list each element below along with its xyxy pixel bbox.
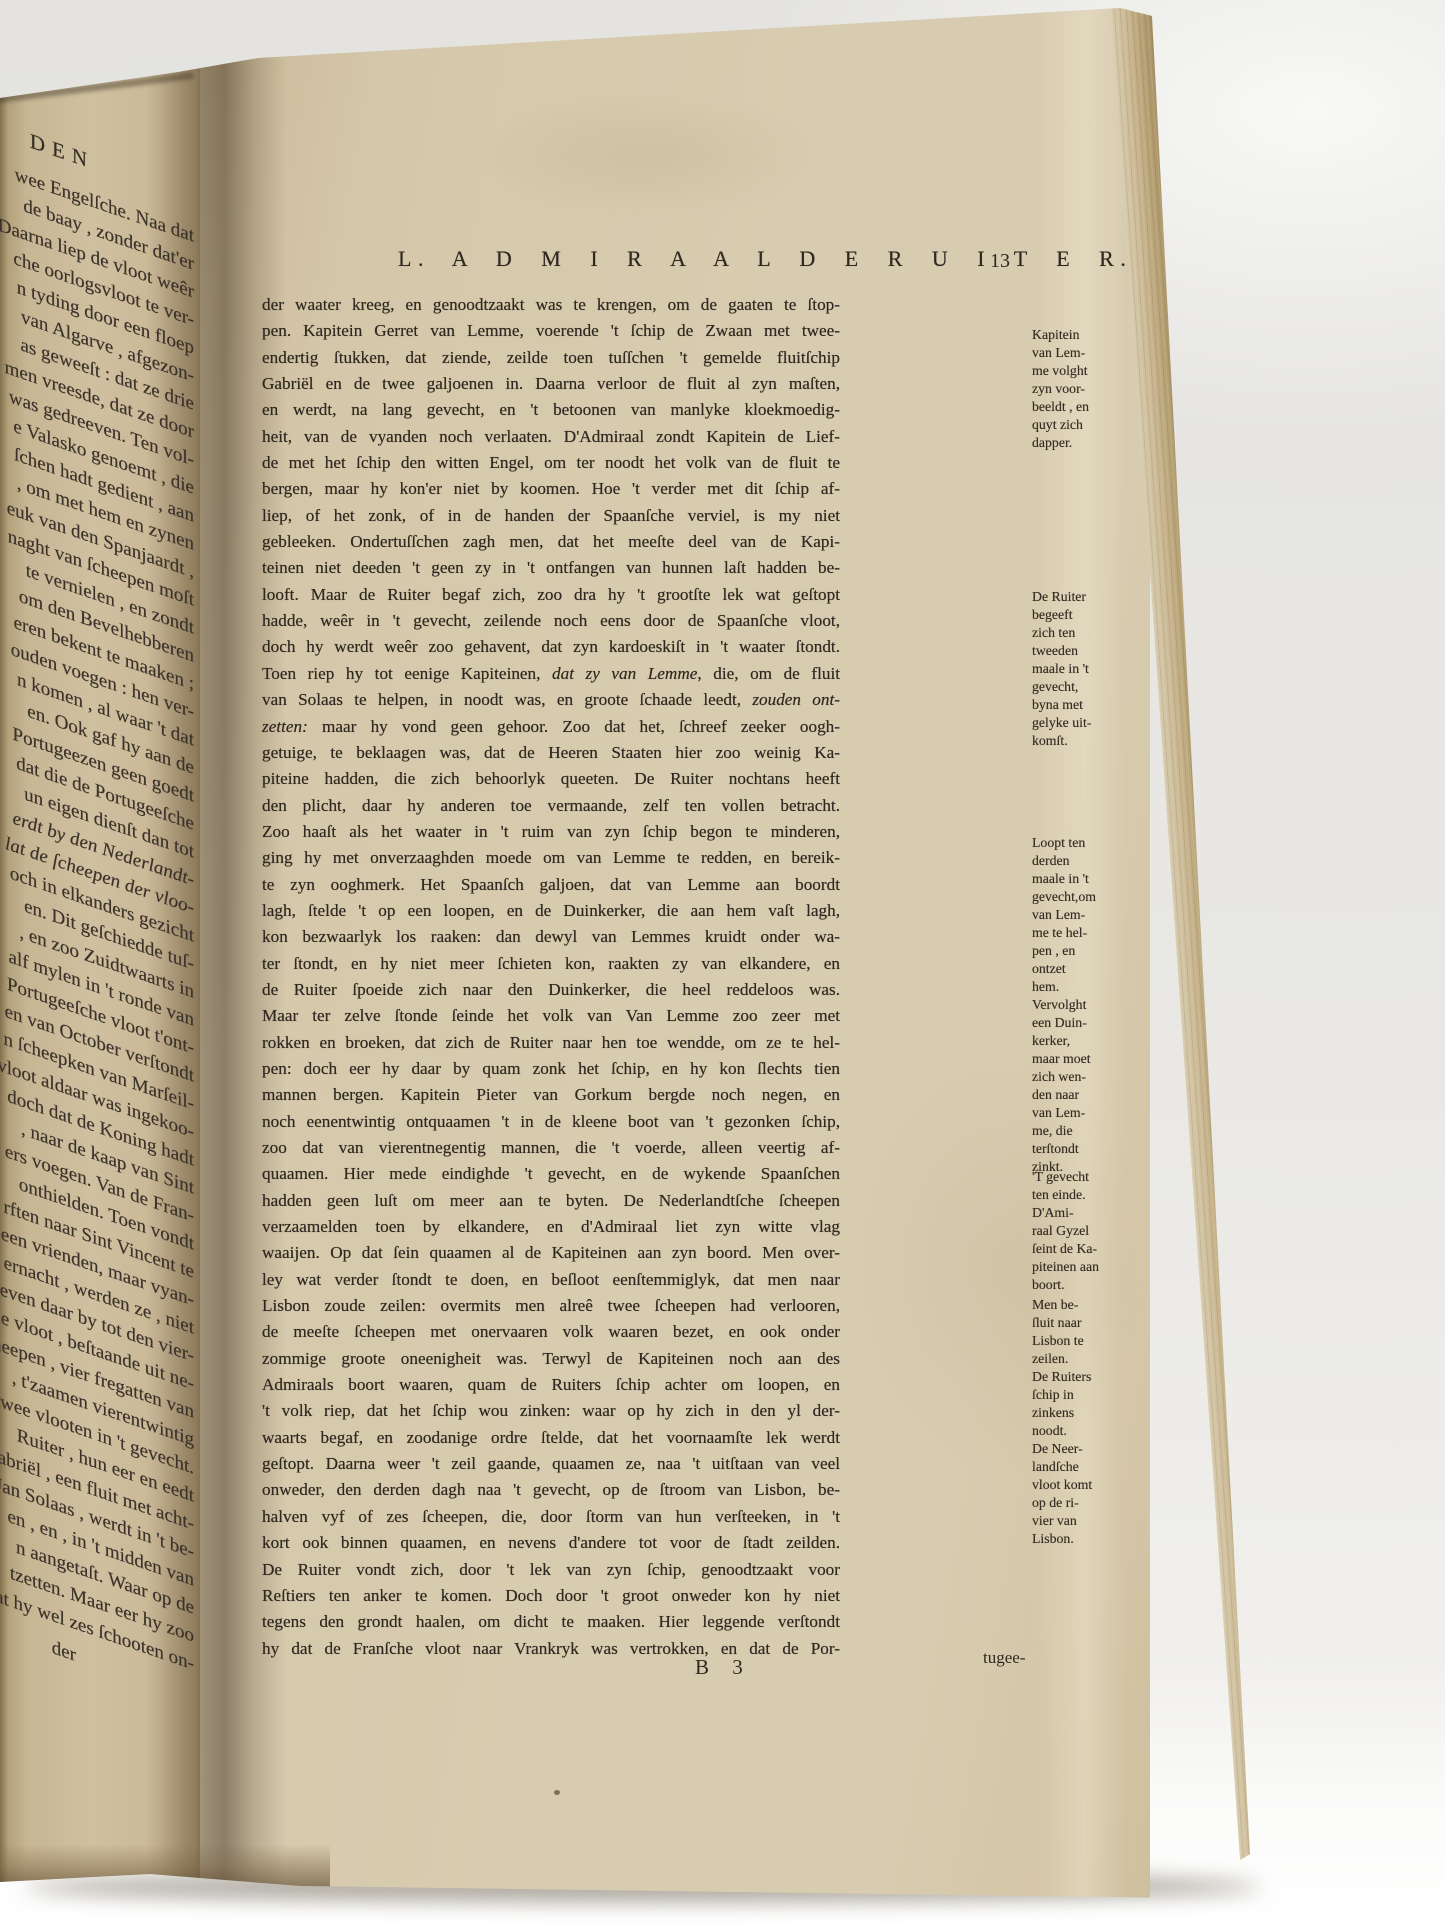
margin-note-line: D'Ami- (1032, 1204, 1099, 1222)
body-line: de Ruiter ſpoeide zich naar den Duinkerk… (262, 977, 840, 1003)
body-line: getuige, te beklaagen was, dat de Heeren… (262, 740, 840, 766)
body-line-segment: Toen riep hy tot eenige Kapiteinen, (262, 664, 552, 683)
body-line-segment: de met het ſchip den witten Engel, om te… (262, 453, 840, 472)
body-line-segment: hadden geen luſt om meer aan te byten. D… (262, 1191, 840, 1210)
margin-note-line: zich wen- (1032, 1068, 1091, 1086)
margin-note-line: maar moet (1032, 1050, 1091, 1068)
margin-note: 'T gevechtten einde. (1032, 1168, 1089, 1204)
margin-note: De Ruiterbegeeftzich tentweedenmaale in … (1032, 588, 1091, 750)
body-line: en werdt, na lang gevecht, en 't betoone… (262, 397, 840, 423)
body-line: mannen bergen. Kapitein Pieter van Gorku… (262, 1082, 840, 1108)
margin-note-line: begeeft (1032, 606, 1091, 624)
body-line: ter ſtondt, en hy niet meer ſchieten kon… (262, 951, 840, 977)
margin-note-line: De Ruiters (1032, 1368, 1091, 1386)
body-line: de meeſte ſcheepen met onervaaren volk w… (262, 1319, 840, 1345)
body-line: noch eenentwintig ontquaamen 't in de kl… (262, 1109, 840, 1135)
body-line-segment: ging hy met onverzaaghden moede om van L… (262, 848, 840, 867)
body-line-segment: teinen niet deeden 't geen zy in 't ontf… (262, 558, 840, 577)
body-line: kon bezwaarlyk los raaken: dan dewyl van… (262, 924, 840, 950)
body-line-italic-segment: dat zy van Lemme (552, 664, 697, 683)
margin-note-line: ſeint de Ka- (1032, 1240, 1099, 1258)
body-line-segment: pen: doch eer hy daar by quam zonk het ſ… (262, 1059, 840, 1078)
margin-note-line: van Lem- (1032, 344, 1089, 362)
body-line-segment: Admiraals boort waaren, quam de Ruiters … (262, 1375, 840, 1394)
body-line: onweder, den derden dagh naa 't gevecht,… (262, 1477, 840, 1503)
body-line: endertig ſtukken, dat ziende, zeilde toe… (262, 345, 840, 371)
page-number: 13 (990, 250, 1010, 273)
body-line: halven vyf of zes ſcheepen, die, door ſt… (262, 1504, 840, 1530)
body-line: verzaamelden toen by elkandere, en d'Adm… (262, 1214, 840, 1240)
body-line-segment: te zyn ooghmerk. Het Spaanſch galjoen, d… (262, 875, 840, 894)
margin-note-line: zyn voor- (1032, 380, 1089, 398)
body-line-segment: onweder, den derden dagh naa 't gevecht,… (262, 1480, 840, 1499)
body-line-segment: bergen, maar hy kon'er niet by koomen. H… (262, 479, 840, 498)
body-line: Reſtiers ten anker te komen. Doch door '… (262, 1583, 840, 1609)
paper-stain (480, 90, 820, 220)
margin-note-line: pen , en (1032, 942, 1096, 960)
paper-speck (1188, 210, 1199, 220)
margin-note-line: van Lem- (1032, 1104, 1091, 1122)
margin-note: Men be-ſluit naarLisbon tezeilen. (1032, 1296, 1084, 1368)
signature-mark: B 3 (695, 1655, 752, 1680)
body-line-segment: pen. Kapitein Gerret van Lemme, voerende… (262, 321, 840, 340)
margin-note-line: Men be- (1032, 1296, 1084, 1314)
margin-note-line: vier van (1032, 1512, 1092, 1530)
margin-note-line: me, die (1032, 1122, 1091, 1140)
body-line: pen. Kapitein Gerret van Lemme, voerende… (262, 318, 840, 344)
margin-note-line: maale in 't (1032, 870, 1096, 888)
body-line: hy dat de Franſche vloot naar Vrankryk w… (262, 1636, 840, 1662)
margin-note-line: me volght (1032, 362, 1089, 380)
body-line: pen: doch eer hy daar by quam zonk het ſ… (262, 1056, 840, 1082)
body-line: piteine hadden, die zich behoorlyk queet… (262, 766, 840, 792)
body-line-segment: waarts begaf, en zoodanige ordre ſtelde,… (262, 1428, 840, 1447)
body-line-segment: de meeſte ſcheepen met onervaaren volk w… (262, 1322, 840, 1341)
body-line: tegens den grondt haalen, om dicht te ma… (262, 1609, 840, 1635)
body-line-segment: van Solaas te helpen, in noodt was, en g… (262, 690, 752, 709)
margin-note-line: dapper. (1032, 434, 1089, 452)
body-line-segment: den plicht, daar hy anderen toe vermaand… (262, 796, 840, 815)
body-line: van Solaas te helpen, in noodt was, en g… (262, 687, 840, 713)
body-line-segment: verzaamelden toen by elkandere, en d'Adm… (262, 1217, 840, 1236)
body-line-segment: 't volk riep, dat het ſchip wou zinken: … (262, 1401, 840, 1420)
body-line: hadden geen luſt om meer aan te byten. D… (262, 1188, 840, 1214)
body-line-segment: zoo dat van vierentnegentig mannen, die … (262, 1138, 840, 1157)
margin-note-line: piteinen aan (1032, 1258, 1099, 1276)
body-line: hadde, weêr in 't gevecht, zeilende noch… (262, 608, 840, 634)
margin-note-line: me te hel- (1032, 924, 1096, 942)
body-line: liep, of het zonk, of in de handen der S… (262, 503, 840, 529)
body-line: looft. Maar de Ruiter begaf zich, zoo dr… (262, 582, 840, 608)
body-line: Zoo haaſt als het waater in 't ruim van … (262, 819, 840, 845)
margin-note-line: maale in 't (1032, 660, 1091, 678)
body-line-segment: waaijen. Op dat ſein quaamen al de Kapit… (262, 1243, 840, 1262)
book-photo: DEN wee Engelſche. Naa datde baay , zond… (0, 0, 1445, 1927)
body-line-segment: quaamen. Hier mede eindighde 't gevecht,… (262, 1164, 840, 1183)
margin-note-line: terſtondt (1032, 1140, 1091, 1158)
margin-note-line: De Ruiter (1032, 588, 1091, 606)
body-line: rokken en broeken, dat zich de Ruiter na… (262, 1030, 840, 1056)
margin-note-line: beeldt , en (1032, 398, 1089, 416)
body-line: doch hy werdt weêr zoo gehavent, dat zyn… (262, 634, 840, 660)
margin-note-line: zinkens (1032, 1404, 1091, 1422)
paper-speck (554, 1790, 560, 1795)
body-line-segment: heit, van de vyanden noch verlaaten. D'A… (262, 427, 840, 446)
margin-note: Kapiteinvan Lem-me volghtzyn voor-beeldt… (1032, 326, 1089, 452)
margin-note-line: raal Gyzel (1032, 1222, 1099, 1240)
book-spread: DEN wee Engelſche. Naa datde baay , zond… (0, 0, 1445, 1927)
margin-note-line: boort. (1032, 1276, 1099, 1294)
margin-note-line: landſche (1032, 1458, 1092, 1476)
margin-note-line: den naar (1032, 1086, 1091, 1104)
body-line-segment: Maar ter zelve ſtonde ſeinde het volk va… (262, 1006, 840, 1025)
body-line-segment: ter ſtondt, en hy niet meer ſchieten kon… (262, 954, 840, 973)
body-line-segment: liep, of het zonk, of in de handen der S… (262, 506, 840, 525)
body-line-segment: halven vyf of zes ſcheepen, die, door ſt… (262, 1507, 840, 1526)
margin-note-line: gevecht, (1032, 678, 1091, 696)
margin-note: Loopt tenderdenmaale in 'tgevecht,omvan … (1032, 834, 1096, 996)
margin-note-line: kerker, (1032, 1032, 1091, 1050)
margin-note: Vervolghteen Duin-kerker,maar moetzich w… (1032, 996, 1091, 1176)
margin-note-line: een Duin- (1032, 1014, 1091, 1032)
margin-note-line: derden (1032, 852, 1096, 870)
body-line-segment: looft. Maar de Ruiter begaf zich, zoo dr… (262, 585, 840, 604)
margin-note-line: Vervolght (1032, 996, 1091, 1014)
margin-note-line: ſluit naar (1032, 1314, 1084, 1332)
body-line: quaamen. Hier mede eindighde 't gevecht,… (262, 1161, 840, 1187)
body-line: ley wat verder ſtondt te doen, en beſloo… (262, 1267, 840, 1293)
margin-note-line: ſchip in (1032, 1386, 1091, 1404)
body-line-segment: kort ook binnen quaamen, en nevens d'and… (262, 1533, 840, 1552)
body-line: 't volk riep, dat het ſchip wou zinken: … (262, 1398, 840, 1424)
body-line-segment: Zoo haaſt als het waater in 't ruim van … (262, 822, 840, 841)
body-line: te zyn ooghmerk. Het Spaanſch galjoen, d… (262, 872, 840, 898)
body-line-segment: maar hy vond geen gehoor. Zoo dat het, ſ… (308, 717, 840, 736)
body-line-segment: , die, om de fluit (697, 664, 840, 683)
body-line-segment: rokken en broeken, dat zich de Ruiter na… (262, 1033, 840, 1052)
left-page-text: DEN wee Engelſche. Naa datde baay , zond… (0, 72, 194, 1711)
body-line-segment: mannen bergen. Kapitein Pieter van Gorku… (262, 1085, 840, 1104)
margin-note-line: noodt. (1032, 1422, 1091, 1440)
margin-note-line: tweeden (1032, 642, 1091, 660)
body-line: De Ruiter vondt zich, door 't lek van zy… (262, 1557, 840, 1583)
body-line: Gabriël en de twee galjoenen in. Daarna … (262, 371, 840, 397)
body-line-segment: De Ruiter vondt zich, door 't lek van zy… (262, 1560, 840, 1579)
margin-note: De Neer-landſchevloot komtop de ri-vier … (1032, 1440, 1092, 1548)
running-header: L. A D M I R A A L D E R U I T E R. (398, 246, 918, 272)
body-line-segment: Lisbon zoude zeilen: overmits men alreê … (262, 1296, 840, 1315)
margin-note-line: 'T gevecht (1032, 1168, 1089, 1186)
body-line-segment: de Ruiter ſpoeide zich naar den Duinkerk… (262, 980, 840, 999)
margin-note-line: Lisbon te (1032, 1332, 1084, 1350)
body-line: ging hy met onverzaaghden moede om van L… (262, 845, 840, 871)
body-line: Admiraals boort waaren, quam de Ruiters … (262, 1372, 840, 1398)
body-line: Lisbon zoude zeilen: overmits men alreê … (262, 1293, 840, 1319)
body-line: zommige groote oneenigheit was. Terwyl d… (262, 1346, 840, 1372)
body-line-segment: ley wat verder ſtondt te doen, en beſloo… (262, 1270, 840, 1289)
body-text: der waater kreeg, en genoodtzaakt was te… (262, 292, 840, 1662)
margin-note-line: komſt. (1032, 732, 1091, 750)
margin-note-line: quyt zich (1032, 416, 1089, 434)
body-line: waaijen. Op dat ſein quaamen al de Kapit… (262, 1240, 840, 1266)
body-line: der waater kreeg, en genoodtzaakt was te… (262, 292, 840, 318)
body-line-segment: doch hy werdt weêr zoo gehavent, dat zyn… (262, 637, 840, 656)
body-line-segment: Gabriël en de twee galjoenen in. Daarna … (262, 374, 840, 393)
margin-note-line: van Lem- (1032, 906, 1096, 924)
margin-note-line: gelyke uit- (1032, 714, 1091, 732)
body-line: lagh, ſtelde 't op een loopen, en de Dui… (262, 898, 840, 924)
catchword: tugee- (983, 1648, 1025, 1668)
body-line: den plicht, daar hy anderen toe vermaand… (262, 793, 840, 819)
body-line-segment: kon bezwaarlyk los raaken: dan dewyl van… (262, 927, 840, 946)
body-line: zetten: maar hy vond geen gehoor. Zoo da… (262, 714, 840, 740)
body-line: gebleeken. Ondertuſſchen zagh men, dat h… (262, 529, 840, 555)
margin-note-line: Lisbon. (1032, 1530, 1092, 1548)
margin-note-line: op de ri- (1032, 1494, 1092, 1512)
body-line-segment: der waater kreeg, en genoodtzaakt was te… (262, 295, 840, 314)
margin-note-line: zeilen. (1032, 1350, 1084, 1368)
body-line-italic-segment: zetten: (262, 717, 308, 736)
body-line-segment: en werdt, na lang gevecht, en 't betoone… (262, 400, 840, 419)
body-line: zoo dat van vierentnegentig mannen, die … (262, 1135, 840, 1161)
body-line: Toen riep hy tot eenige Kapiteinen, dat … (262, 661, 840, 687)
margin-note-line: ontzet (1032, 960, 1096, 978)
body-line-segment: piteine hadden, die zich behoorlyk queet… (262, 769, 840, 788)
body-line-segment: hadde, weêr in 't gevecht, zeilende noch… (262, 611, 840, 630)
body-line-segment: gebleeken. Ondertuſſchen zagh men, dat h… (262, 532, 840, 551)
body-line: Maar ter zelve ſtonde ſeinde het volk va… (262, 1003, 840, 1029)
margin-note-line: gevecht,om (1032, 888, 1096, 906)
body-line: geſtopt. Daarna weer 't zeil gaande, qua… (262, 1451, 840, 1477)
body-line: kort ook binnen quaamen, en nevens d'and… (262, 1530, 840, 1556)
margin-note-line: byna met (1032, 696, 1091, 714)
margin-note: D'Ami-raal Gyzelſeint de Ka-piteinen aan… (1032, 1204, 1099, 1294)
body-line: waarts begaf, en zoodanige ordre ſtelde,… (262, 1425, 840, 1451)
body-line-segment: noch eenentwintig ontquaamen 't in de kl… (262, 1112, 840, 1131)
margin-note: De Ruitersſchip inzinkensnoodt. (1032, 1368, 1091, 1440)
body-line-segment: geſtopt. Daarna weer 't zeil gaande, qua… (262, 1454, 840, 1473)
margin-note-line: ten einde. (1032, 1186, 1089, 1204)
body-line-segment: zommige groote oneenigheit was. Terwyl d… (262, 1349, 840, 1368)
margin-note-line: Kapitein (1032, 326, 1089, 344)
margin-note-line: Loopt ten (1032, 834, 1096, 852)
body-line: de met het ſchip den witten Engel, om te… (262, 450, 840, 476)
body-line-italic-segment: zouden ont- (752, 690, 840, 709)
body-line: heit, van de vyanden noch verlaaten. D'A… (262, 424, 840, 450)
body-line-segment: tegens den grondt haalen, om dicht te ma… (262, 1612, 840, 1631)
body-line-segment: endertig ſtukken, dat ziende, zeilde toe… (262, 348, 840, 367)
body-line-segment: hy dat de Franſche vloot naar Vrankryk w… (262, 1639, 840, 1658)
body-line: bergen, maar hy kon'er niet by koomen. H… (262, 476, 840, 502)
body-line-segment: lagh, ſtelde 't op een loopen, en de Dui… (262, 901, 840, 920)
margin-note-line: De Neer- (1032, 1440, 1092, 1458)
body-line-segment: getuige, te beklaagen was, dat de Heeren… (262, 743, 840, 762)
margin-note-line: zich ten (1032, 624, 1091, 642)
margin-note-line: hem. (1032, 978, 1096, 996)
margin-notes: Kapiteinvan Lem-me volghtzyn voor-beeldt… (1032, 0, 1142, 1927)
body-line: teinen niet deeden 't geen zy in 't ontf… (262, 555, 840, 581)
body-line-segment: Reſtiers ten anker te komen. Doch door '… (262, 1586, 840, 1605)
margin-note-line: vloot komt (1032, 1476, 1092, 1494)
